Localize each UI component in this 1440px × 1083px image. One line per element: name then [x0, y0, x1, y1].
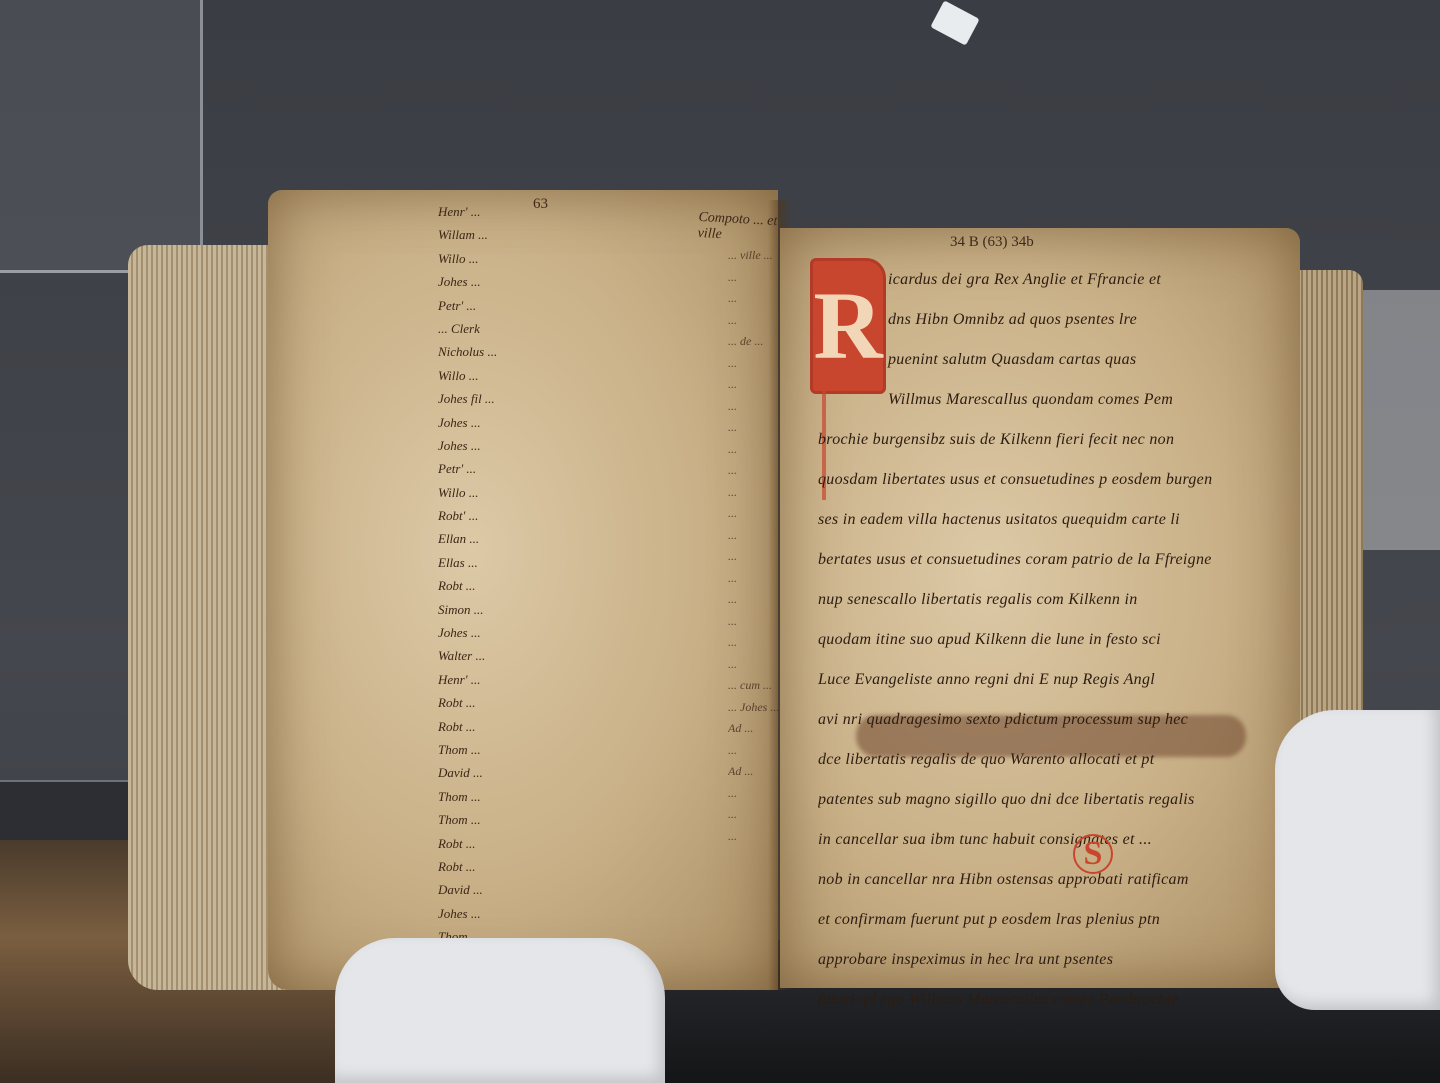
name-entry: Thom ...	[438, 808, 608, 831]
text-line: nup senescallo libertatis regalis com Ki…	[818, 580, 1258, 620]
text-line: et confirmam fuerunt put p eosdem lras p…	[818, 900, 1258, 940]
text-line: patentes sub magno sigillo quo dni dce l…	[818, 780, 1258, 820]
text-line: bertates usus et consuetudines coram pat…	[818, 540, 1258, 580]
name-entry: Thom ...	[438, 785, 608, 808]
text-line: brochie burgensibz suis de Kilkenn fieri…	[818, 420, 1258, 460]
name-entry: Ellan ...	[438, 527, 608, 550]
text-line: futuri qd ego Willmus Marescallus comes …	[818, 980, 1258, 1020]
text-line: ses in eadem villa hactenus usitatos que…	[818, 500, 1258, 540]
name-entry: Robt ...	[438, 574, 608, 597]
text-line: Willmus Marescallus quondam comes Pem	[818, 380, 1258, 420]
name-entry: Johes fil ...	[438, 387, 608, 410]
left-page: 63 Compoto ... et ville Henr' ... Willam…	[268, 190, 778, 990]
gloved-hand-right	[1275, 710, 1440, 1010]
name-entry: Johes ...	[438, 621, 608, 644]
text-line: icardus dei gra Rex Anglie et Ffrancie e…	[818, 260, 1258, 300]
name-entry: Simon ...	[438, 598, 608, 621]
names-column: Henr' ... Willam ... Willo ... Johes ...…	[438, 200, 608, 949]
left-page-header: Compoto ... et ville	[697, 210, 779, 246]
text-line: dce libertatis regalis de quo Warento al…	[818, 740, 1258, 780]
text-line: puenint salutm Quasdam cartas quas	[818, 340, 1258, 380]
name-entry: Thom ...	[438, 738, 608, 761]
name-entry: Petr' ...	[438, 294, 608, 317]
name-entry: Robt ...	[438, 855, 608, 878]
name-entry: David ...	[438, 761, 608, 784]
name-entry: Willo ...	[438, 247, 608, 270]
gloved-hand-left	[335, 938, 665, 1083]
name-entry: Ellas ...	[438, 551, 608, 574]
right-folio-marks: 34 B (63) 34b	[950, 234, 1034, 251]
name-entry: ... Clerk	[438, 317, 608, 340]
text-line: quosdam libertates usus et consuetudines…	[818, 460, 1258, 500]
name-entry: Nicholus ...	[438, 340, 608, 363]
name-entry: Petr' ...	[438, 457, 608, 480]
text-line: nob in cancellar nra Hibn ostensas appro…	[818, 860, 1258, 900]
name-entry: Willam ...	[438, 223, 608, 246]
left-page-block-edges	[128, 245, 288, 990]
name-entry: Johes ...	[438, 411, 608, 434]
text-line: dns Hibn Omnibz ad quos psentes lre	[818, 300, 1258, 340]
red-initial-s: S	[1073, 834, 1113, 874]
name-entry: Henr' ...	[438, 200, 608, 223]
name-entry: Willo ...	[438, 481, 608, 504]
charter-text: icardus dei gra Rex Anglie et Ffrancie e…	[818, 260, 1258, 1020]
name-entry: Robt' ...	[438, 504, 608, 527]
text-line: approbare inspeximus in hec lra unt psen…	[818, 940, 1258, 980]
name-entry: David ...	[438, 878, 608, 901]
name-entry: Walter ...	[438, 644, 608, 667]
name-entry: Johes ...	[438, 902, 608, 925]
name-entry: Robt ...	[438, 832, 608, 855]
name-entry: Johes ...	[438, 270, 608, 293]
text-line: in cancellar sua ibm tunc habuit consign…	[818, 820, 1258, 860]
name-entry: Johes ...	[438, 434, 608, 457]
text-line: Luce Evangeliste anno regni dni E nup Re…	[818, 660, 1258, 700]
name-entry: Robt ...	[438, 691, 608, 714]
text-line: avi nri quadragesimo sexto pdictum proce…	[818, 700, 1258, 740]
open-manuscript: 63 Compoto ... et ville Henr' ... Willam…	[128, 180, 1368, 1010]
text-line: quodam itine suo apud Kilkenn die lune i…	[818, 620, 1258, 660]
name-entry: Henr' ...	[438, 668, 608, 691]
name-entry: Robt ...	[438, 715, 608, 738]
name-entry: Willo ...	[438, 364, 608, 387]
